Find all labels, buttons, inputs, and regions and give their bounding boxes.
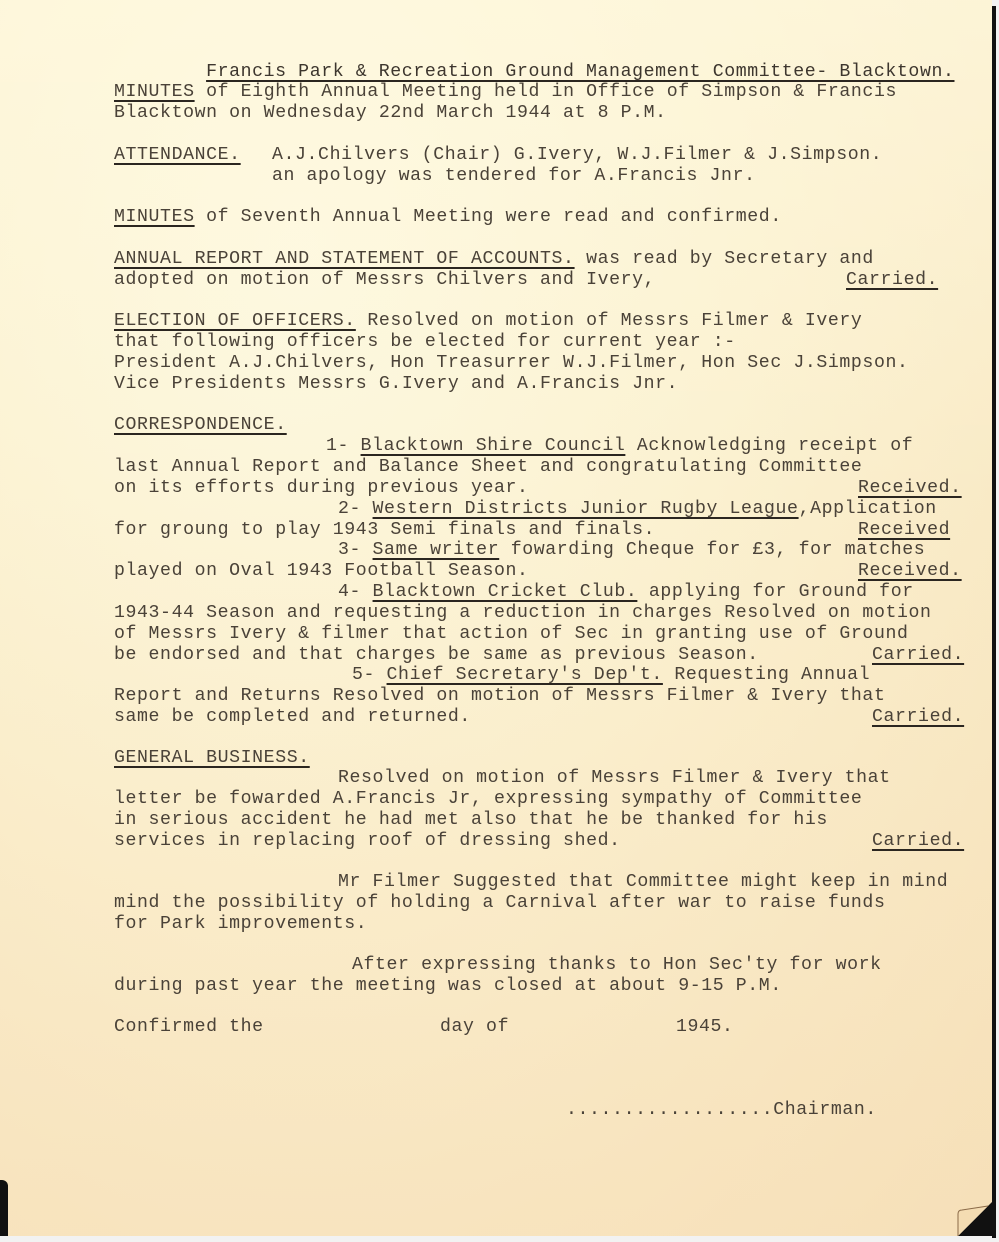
correspondence-item-3-line: played on Oval 1943 Football Season. [114, 561, 529, 581]
correspondence-heading: CORRESPONDENCE. [114, 415, 287, 435]
attendance-line-1: A.J.Chilvers (Chair) G.Ivery, W.J.Filmer… [272, 145, 882, 165]
general-business-para1-line: letter be fowarded A.Francis Jr, express… [114, 789, 862, 809]
correspondence-item-5-status: Carried. [872, 707, 964, 727]
correspondence-item-2-line: for groung to play 1943 Semi finals and … [114, 520, 655, 540]
item-subject: Western Districts Junior Rugby League [373, 499, 799, 519]
minutes-heading: MINUTES [114, 82, 195, 102]
general-business-para2-line: mind the possibility of holding a Carniv… [114, 893, 885, 913]
correspondence-item-4: 4- Blacktown Cricket Club. applying for … [338, 582, 914, 602]
general-business-heading-text: GENERAL BUSINESS. [114, 748, 310, 768]
election-text: Resolved on motion of Messrs Filmer & Iv… [356, 311, 863, 331]
item-subject: Same writer [373, 540, 500, 560]
correspondence-item-1: 1- Blacktown Shire Council Acknowledging… [326, 436, 913, 456]
intro-line-2: Blacktown on Wednesday 22nd March 1944 a… [114, 103, 667, 123]
signature-role: Chairman. [773, 1100, 877, 1120]
election-line-2: that following officers be elected for c… [114, 332, 736, 352]
item-subject: Chief Secretary's Dep't. [387, 665, 663, 685]
general-business-para3-line: during past year the meeting was closed … [114, 976, 782, 996]
item-text: Acknowledging receipt of [625, 436, 913, 456]
election-line-1: ELECTION OF OFFICERS. Resolved on motion… [114, 311, 862, 331]
general-business-para1-line: services in replacing roof of dressing s… [114, 831, 621, 851]
confirmation-year: 1945. [676, 1017, 734, 1037]
item-number: 3- [338, 540, 361, 560]
general-business-para1-status: Carried. [872, 831, 964, 851]
title-text: Francis Park & Recreation Ground Managem… [206, 62, 954, 82]
item-number: 2- [338, 499, 361, 519]
previous-minutes-heading: MINUTES [114, 207, 195, 227]
general-business-para2-line: Mr Filmer Suggested that Committee might… [338, 872, 948, 892]
correspondence-item-1-status: Received. [858, 478, 962, 498]
general-business-para3-line: After expressing thanks to Hon Sec'ty fo… [352, 955, 882, 975]
correspondence-item-4-line: 1943-44 Season and requesting a reductio… [114, 603, 932, 623]
election-line-4: Vice Presidents Messrs G.Ivery and A.Fra… [114, 374, 678, 394]
election-line-3: President A.J.Chilvers, Hon Treasurrer W… [114, 353, 909, 373]
attendance-heading: ATTENDANCE. [114, 145, 241, 165]
general-business-para1-line: in serious accident he had met also that… [114, 810, 828, 830]
chairman-signature-line: ..................Chairman. [566, 1100, 877, 1120]
annual-report-heading: ANNUAL REPORT AND STATEMENT OF ACCOUNTS. [114, 249, 575, 269]
annual-report-status: Carried. [846, 270, 938, 290]
annual-report-text: was read by Secretary and [575, 249, 874, 269]
intro-line-1: MINUTES of Eighth Annual Meeting held in… [114, 82, 897, 102]
correspondence-item-5-line: same be completed and returned. [114, 707, 471, 727]
correspondence-item-1-line: last Annual Report and Balance Sheet and… [114, 457, 862, 477]
item-text: fowarding Cheque for £3, for matches [499, 540, 925, 560]
election-heading: ELECTION OF OFFICERS. [114, 311, 356, 331]
correspondence-item-2-status: Received [858, 520, 950, 540]
attendance-heading-text: ATTENDANCE. [114, 145, 241, 165]
confirmation-day-of: day of [440, 1017, 509, 1037]
item-text: ,Application [799, 499, 937, 519]
correspondence-item-3: 3- Same writer fowarding Cheque for £3, … [338, 540, 925, 560]
page-edge-shadow [992, 6, 996, 1238]
correspondence-item-4-line: of Messrs Ivery & filmer that action of … [114, 624, 909, 644]
annual-report-line-2: adopted on motion of Messrs Chilvers and… [114, 270, 655, 290]
previous-minutes-text: of Seventh Annual Meeting were read and … [195, 207, 782, 227]
item-number: 4- [338, 582, 361, 602]
document-page: Francis Park & Recreation Ground Managem… [0, 0, 992, 1236]
correspondence-item-4-line: be endorsed and that charges be same as … [114, 645, 759, 665]
intro-text: of Eighth Annual Meeting held in Office … [195, 82, 897, 102]
item-number: 5- [352, 665, 375, 685]
correspondence-item-5-line: Report and Returns Resolved on motion of… [114, 686, 885, 706]
correspondence-item-3-status: Received. [858, 561, 962, 581]
signature-dots: .................. [566, 1100, 773, 1120]
correspondence-item-4-status: Carried. [872, 645, 964, 665]
previous-minutes: MINUTES of Seventh Annual Meeting were r… [114, 207, 782, 227]
correspondence-item-5: 5- Chief Secretary's Dep't. Requesting A… [352, 665, 870, 685]
correspondence-item-1-line: on its efforts during previous year. [114, 478, 529, 498]
item-subject: Blacktown Cricket Club. [373, 582, 638, 602]
general-business-heading: GENERAL BUSINESS. [114, 748, 310, 768]
folded-corner-icon [952, 1202, 992, 1236]
item-number: 1- [326, 436, 349, 456]
attendance-line-2: an apology was tendered for A.Francis Jn… [272, 166, 756, 186]
item-text: applying for Ground for [637, 582, 913, 602]
correspondence-heading-text: CORRESPONDENCE. [114, 415, 287, 435]
item-subject: Blacktown Shire Council [361, 436, 626, 456]
page-edge-tear [0, 1180, 8, 1236]
general-business-para2-line: for Park improvements. [114, 914, 367, 934]
confirmation-label: Confirmed the [114, 1017, 264, 1037]
general-business-para1-line: Resolved on motion of Messrs Filmer & Iv… [338, 768, 891, 788]
correspondence-item-2: 2- Western Districts Junior Rugby League… [338, 499, 937, 519]
annual-report-line-1: ANNUAL REPORT AND STATEMENT OF ACCOUNTS.… [114, 249, 874, 269]
item-text: Requesting Annual [663, 665, 870, 685]
